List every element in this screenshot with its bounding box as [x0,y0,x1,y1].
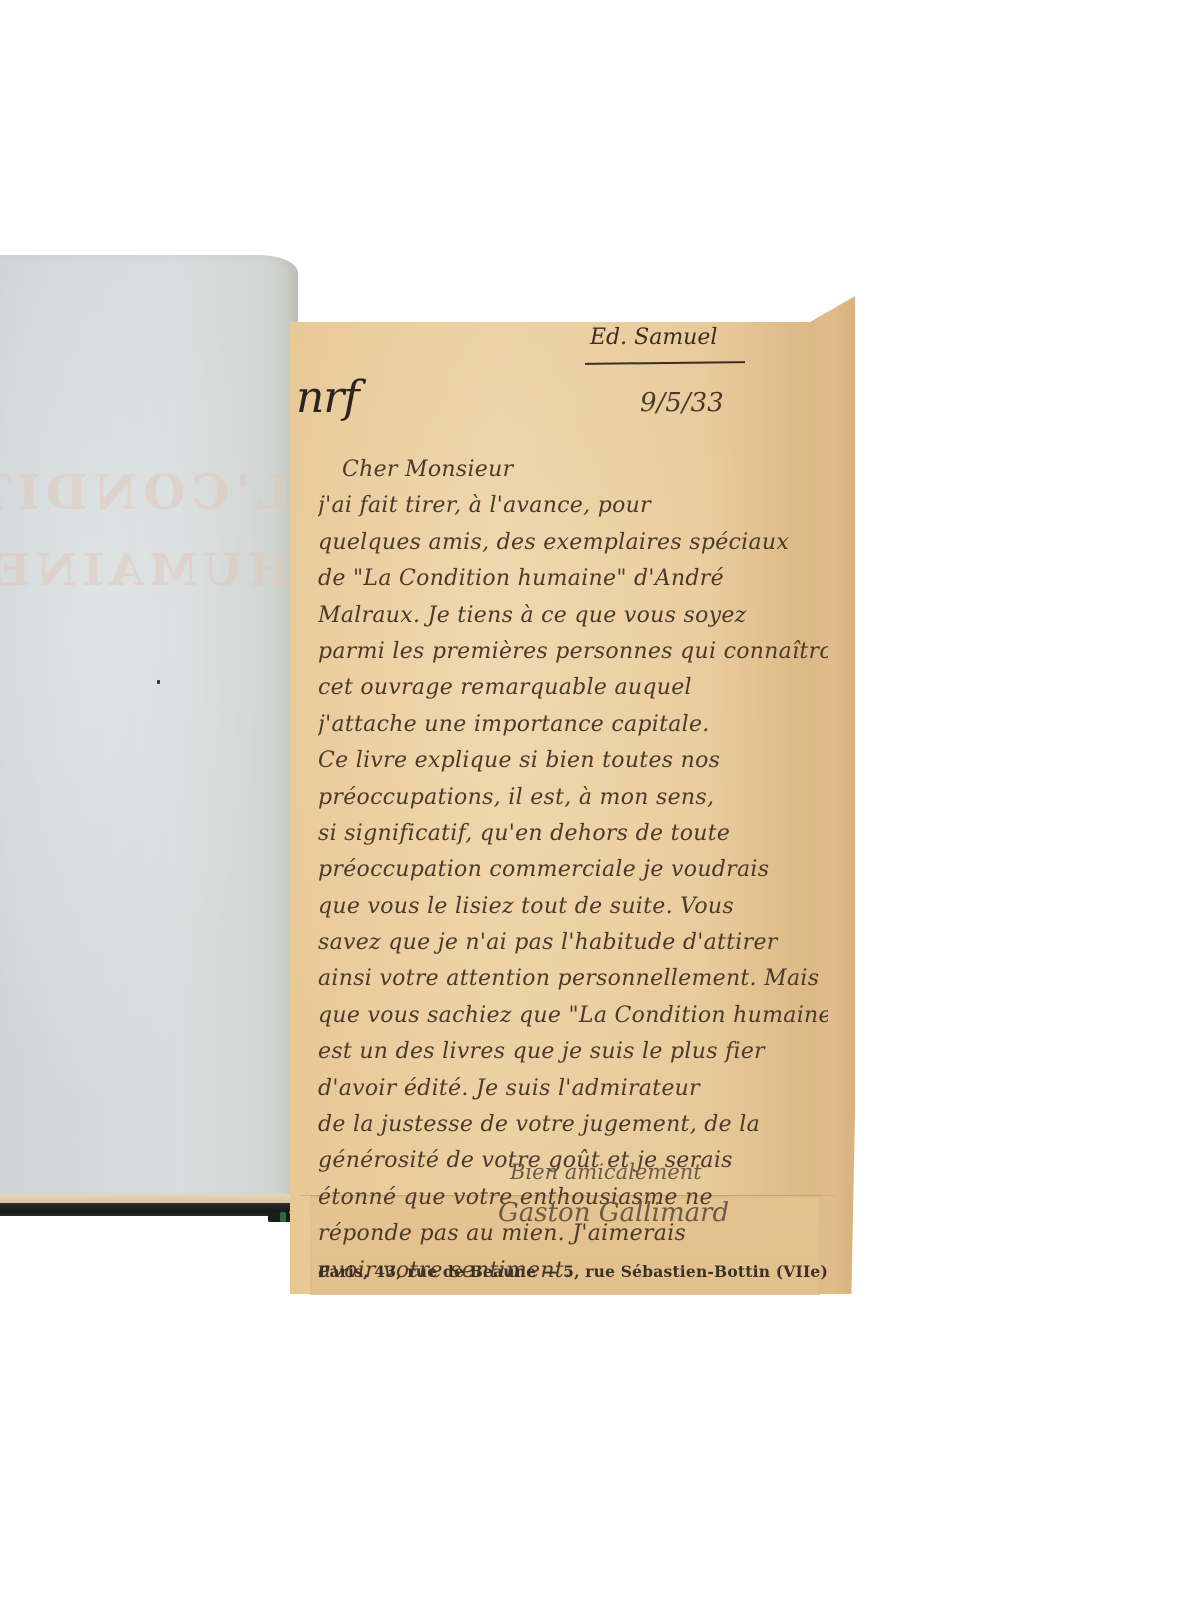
letter-line: Ce livre explique si bien toutes nos [318,743,828,779]
letter-line: d'avoir édité. Je suis l'admirateur [318,1071,828,1107]
letter-line: savez que je n'ai pas l'habitude d'attir… [318,925,828,961]
letter-line: de "La Condition humaine" d'André [318,561,828,597]
letter-signature: Gaston Gallimard [498,1198,729,1228]
photograph-scene: L'CONDITION HUMAINE nrf Ed. Samuel 9/5/3… [0,0,1200,1600]
letter-closing: Bien amicalement [510,1160,702,1184]
letter-line: de la justesse de votre jugement, de la [318,1107,828,1143]
letter-line: Malraux. Je tiens à ce que vous soyez [318,598,828,634]
letter-line: quelques amis, des exemplaires spéciaux [318,525,828,561]
letter-line: j'attache une importance capitale. [318,707,828,743]
nrf-logo: nrf [296,372,359,423]
show-through-title-line-1: L'CONDITION [0,465,290,521]
book-binding [0,1203,290,1216]
letter-line: si significatif, qu'en dehors de toute [318,816,828,852]
letterhead-address: Paris, 43, rue de Beaune — 5, rue Sébast… [318,1262,828,1281]
letter-line: cet ouvrage remarquable auquel [318,670,828,706]
letter-line: ainsi votre attention personnellement. M… [318,961,828,997]
letter-salutation: Cher Monsieur [318,452,828,488]
bookmark-ribbon [280,1212,286,1222]
letter-line: est un des livres que je suis le plus fi… [318,1034,828,1070]
paper-speck [157,680,160,684]
letter-line: parmi les premières personnes qui connaî… [318,634,828,670]
letter-line: que vous le lisiez tout de suite. Vous [318,889,828,925]
show-through-title-line-2: HUMAINE [0,545,290,596]
letter-line: que vous sachiez que "La Condition humai… [318,998,828,1034]
letter-line: préoccupations, il est, à mon sens, [318,780,828,816]
letter-date: 9/5/33 [640,388,724,418]
letter-line: préoccupation commerciale je voudrais [318,852,828,888]
book-endpaper: L'CONDITION HUMAINE [0,255,298,1200]
letter-annotation: Ed. Samuel [590,325,717,350]
letter-line: j'ai fait tirer, à l'avance, pour [318,488,828,524]
